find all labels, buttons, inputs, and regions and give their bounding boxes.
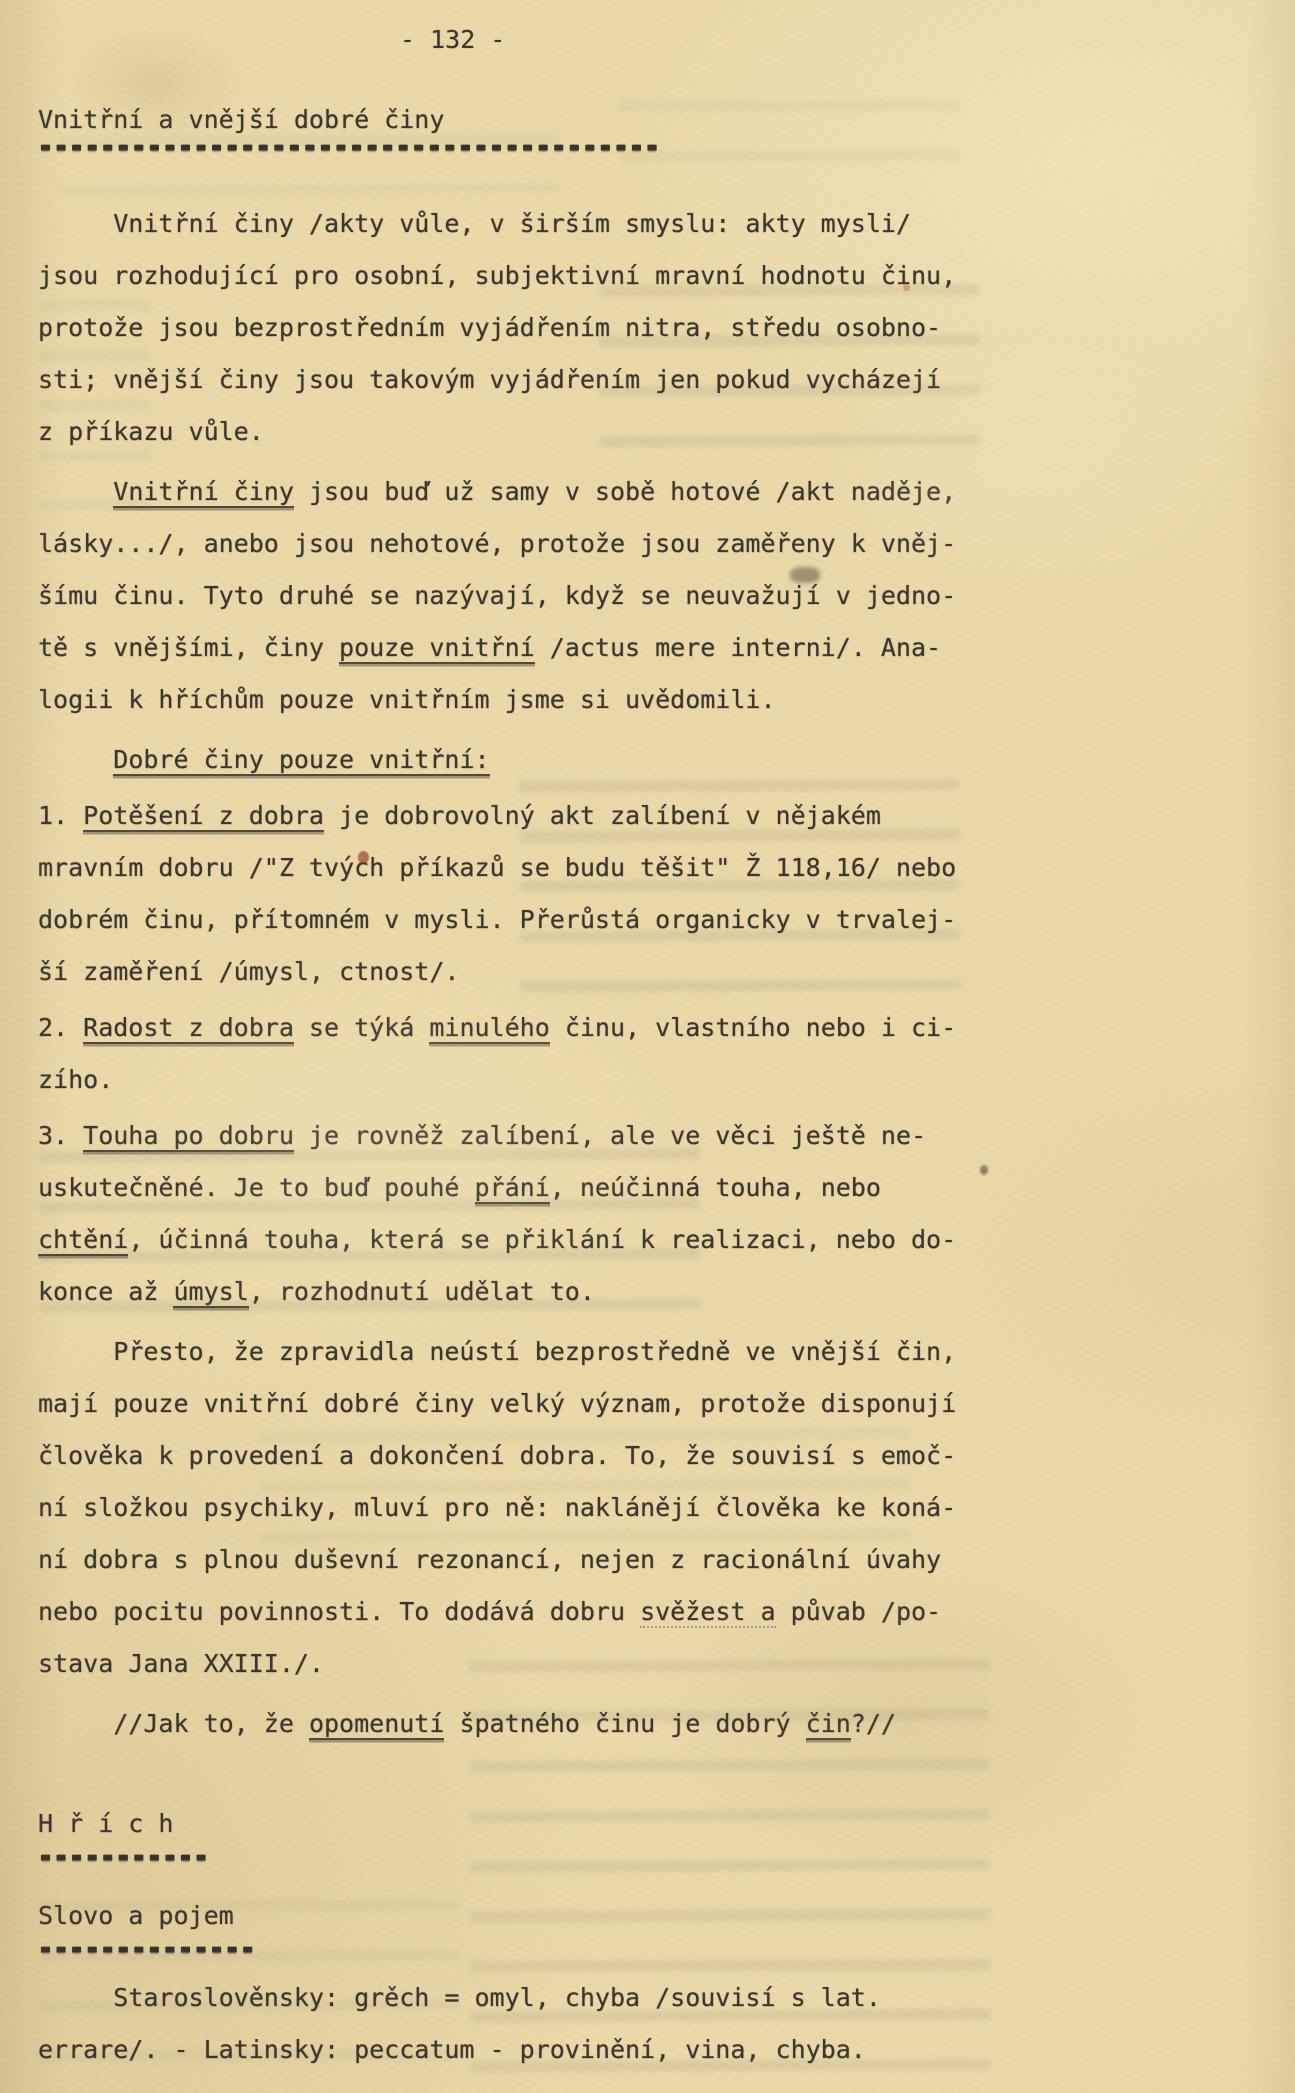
underlined-segment: čin	[806, 1709, 851, 1740]
text-segment: konce až	[38, 1277, 173, 1306]
text-line: Dobré činy pouze vnitřní:	[38, 734, 1295, 786]
dashed-rule: ----------------------------------------	[38, 138, 1295, 154]
text-segment: ní složkou psychiky, mluví pro ně: naklá…	[38, 1493, 956, 1522]
text-segment: člověka k provedení a dokončení dobra. T…	[38, 1441, 956, 1470]
text-segment: ?//	[851, 1709, 896, 1738]
paragraph: Přesto, že zpravidla neústí bezprostředn…	[38, 1326, 1295, 1690]
text-segment: 2.	[38, 1013, 83, 1042]
text-segment: dobrém činu, přítomném v mysli. Přerůstá…	[38, 905, 956, 934]
dashed-rule: --------------	[38, 1940, 1295, 1956]
text-segment: , účinná touha, která se přiklání k real…	[128, 1225, 956, 1254]
text-segment: sti; vnější činy jsou takovým vyjádřením…	[38, 365, 941, 394]
text-segment: je rovněž zalíbení, ale ve věci ještě ne…	[294, 1121, 926, 1150]
text-line: H ř í c h	[38, 1802, 1295, 1846]
list-item: 2. Radost z dobra se týká minulého činu,…	[38, 1002, 1295, 1106]
text-segment: ní dobra s plnou duševní rezonancí, neje…	[38, 1545, 941, 1574]
underlined-segment: úmysl	[173, 1277, 248, 1308]
text-line: stava Jana XXIII./.	[38, 1638, 1295, 1690]
text-line: ní dobra s plnou duševní rezonancí, neje…	[38, 1534, 1295, 1586]
text-line: ní složkou psychiky, mluví pro ně: naklá…	[38, 1482, 1295, 1534]
text-line: sti; vnější činy jsou takovým vyjádřením…	[38, 354, 1295, 406]
text-segment: mravním dobru /"Z tvých příkazů se budu …	[38, 853, 956, 882]
text-segment: Vnitřní činy /akty vůle, v širším smyslu…	[38, 209, 911, 238]
text-line: ší zaměření /úmysl, ctnost/.	[38, 946, 1295, 998]
text-segment: Staroslověnsky: grěch = omyl, chyba /sou…	[38, 1983, 881, 2012]
underlined-segment: Potěšení z dobra	[83, 801, 324, 832]
question-note: //Jak to, že opomenutí špatného činu je …	[38, 1698, 1295, 1750]
text-line: Vnitřní činy jsou buď už samy v sobě hot…	[38, 466, 1295, 518]
text-segment	[38, 477, 113, 506]
text-line: Staroslověnsky: grěch = omyl, chyba /sou…	[38, 1972, 1295, 2024]
paragraph: Vnitřní činy jsou buď už samy v sobě hot…	[38, 466, 1295, 726]
text-line: z příkazu vůle.	[38, 406, 1295, 458]
text-line: uskutečněné. Je to buď pouhé přání, neúč…	[38, 1162, 1295, 1214]
text-line: mají pouze vnitřní dobré činy velký význ…	[38, 1378, 1295, 1430]
paragraph: Vnitřní činy /akty vůle, v širším smyslu…	[38, 198, 1295, 458]
text-line: logii k hříchům pouze vnitřním jsme si u…	[38, 674, 1295, 726]
text-segment: ší zaměření /úmysl, ctnost/.	[38, 957, 459, 986]
text-segment: se týká	[294, 1013, 429, 1042]
text-line: konce až úmysl, rozhodnutí udělat to.	[38, 1266, 1295, 1318]
list-item: 1. Potěšení z dobra je dobrovolný akt za…	[38, 790, 1295, 998]
section-heading: H ř í c h	[38, 1802, 1295, 1846]
page-number-text: - 132 -	[400, 25, 505, 54]
underlined-segment: Touha po dobru	[83, 1121, 294, 1152]
text-segment: lásky.../, anebo jsou nehotové, protože …	[38, 529, 956, 558]
paragraph: Dobré činy pouze vnitřní:	[38, 734, 1295, 786]
dashed-rule-text: -----------	[38, 1843, 209, 1869]
text-segment: jsou rozhodující pro osobní, subjektivní…	[38, 261, 956, 290]
text-segment: logii k hříchům pouze vnitřním jsme si u…	[38, 685, 776, 714]
text-segment: je dobrovolný akt zalíbení v nějakém	[324, 801, 881, 830]
underlined-segment: přání	[475, 1173, 550, 1204]
underlined-segment: minulého	[429, 1013, 549, 1044]
text-segment: protože jsou bezprostředním vyjádřením n…	[38, 313, 941, 342]
text-line: jsou rozhodující pro osobní, subjektivní…	[38, 250, 1295, 302]
text-line: dobrém činu, přítomném v mysli. Přerůstá…	[38, 894, 1295, 946]
document-body: - 132 -Vnitřní a vnější dobré činy------…	[0, 0, 1295, 2076]
text-segment: svěžest a	[640, 1597, 775, 1628]
text-segment	[38, 745, 113, 774]
text-line: zího.	[38, 1054, 1295, 1106]
text-segment: errare/. - Latinsky: peccatum - proviněn…	[38, 2035, 866, 2064]
text-segment: /actus mere interni/. Ana-	[535, 633, 941, 662]
text-line: 3. Touha po dobru je rovněž zalíbení, al…	[38, 1110, 1295, 1162]
text-segment: stava Jana XXIII./.	[38, 1649, 324, 1678]
text-line: tě s vnějšími, činy pouze vnitřní /actus…	[38, 622, 1295, 674]
text-segment: , rozhodnutí udělat to.	[249, 1277, 595, 1306]
text-line: //Jak to, že opomenutí špatného činu je …	[38, 1698, 1295, 1750]
text-line: mravním dobru /"Z tvých příkazů se budu …	[38, 842, 1295, 894]
text-line: protože jsou bezprostředním vyjádřením n…	[38, 302, 1295, 354]
text-line: šímu činu. Tyto druhé se nazývají, když …	[38, 570, 1295, 622]
text-line: chtění, účinná touha, která se přiklání …	[38, 1214, 1295, 1266]
underlined-segment: Vnitřní činy	[113, 477, 294, 508]
text-segment: půvab /po-	[776, 1597, 942, 1626]
dashed-rule: -----------	[38, 1848, 1295, 1864]
text-segment: šímu činu. Tyto druhé se nazývají, když …	[38, 581, 956, 610]
list-item: 3. Touha po dobru je rovněž zalíbení, al…	[38, 1110, 1295, 1318]
text-segment: Přesto, že zpravidla neústí bezprostředn…	[38, 1337, 956, 1366]
text-line: Přesto, že zpravidla neústí bezprostředn…	[38, 1326, 1295, 1378]
text-segment: zího.	[38, 1065, 113, 1094]
text-line: errare/. - Latinsky: peccatum - proviněn…	[38, 2024, 1295, 2076]
text-line: člověka k provedení a dokončení dobra. T…	[38, 1430, 1295, 1482]
text-line: 2. Radost z dobra se týká minulého činu,…	[38, 1002, 1295, 1054]
page-number: - 132 -	[400, 14, 1295, 66]
text-line: Vnitřní činy /akty vůle, v širším smyslu…	[38, 198, 1295, 250]
text-segment: uskutečněné. Je to buď pouhé	[38, 1173, 475, 1202]
text-segment: tě s vnějšími, činy	[38, 633, 339, 662]
paragraph: Staroslověnsky: grěch = omyl, chyba /sou…	[38, 1972, 1295, 2076]
underlined-segment: Dobré činy pouze vnitřní:	[113, 745, 489, 776]
text-line: 1. Potěšení z dobra je dobrovolný akt za…	[38, 790, 1295, 842]
text-segment: činu, vlastního nebo i ci-	[550, 1013, 956, 1042]
text-segment: 1.	[38, 801, 83, 830]
text-segment: //Jak to, že	[38, 1709, 309, 1738]
underlined-segment: opomenutí	[309, 1709, 444, 1740]
dashed-rule-text: ----------------------------------------	[38, 133, 660, 159]
text-segment: z příkazu vůle.	[38, 417, 264, 446]
text-line: nebo pocitu povinnosti. To dodává dobru …	[38, 1586, 1295, 1638]
text-segment: 3.	[38, 1121, 83, 1150]
underlined-segment: pouze vnitřní	[339, 633, 535, 664]
scanned-typewritten-page: - 132 -Vnitřní a vnější dobré činy------…	[0, 0, 1295, 2093]
text-segment: , neúčinná touha, nebo	[550, 1173, 881, 1202]
text-segment: mají pouze vnitřní dobré činy velký význ…	[38, 1389, 956, 1418]
underlined-segment: Radost z dobra	[83, 1013, 294, 1044]
text-segment: špatného činu je dobrý	[444, 1709, 805, 1738]
text-segment: nebo pocitu povinnosti. To dodává dobru	[38, 1597, 640, 1626]
text-line: lásky.../, anebo jsou nehotové, protože …	[38, 518, 1295, 570]
underlined-segment: chtění	[38, 1225, 128, 1256]
dashed-rule-text: --------------	[38, 1935, 256, 1961]
text-segment: jsou buď už samy v sobě hotové /akt nadě…	[294, 477, 956, 506]
